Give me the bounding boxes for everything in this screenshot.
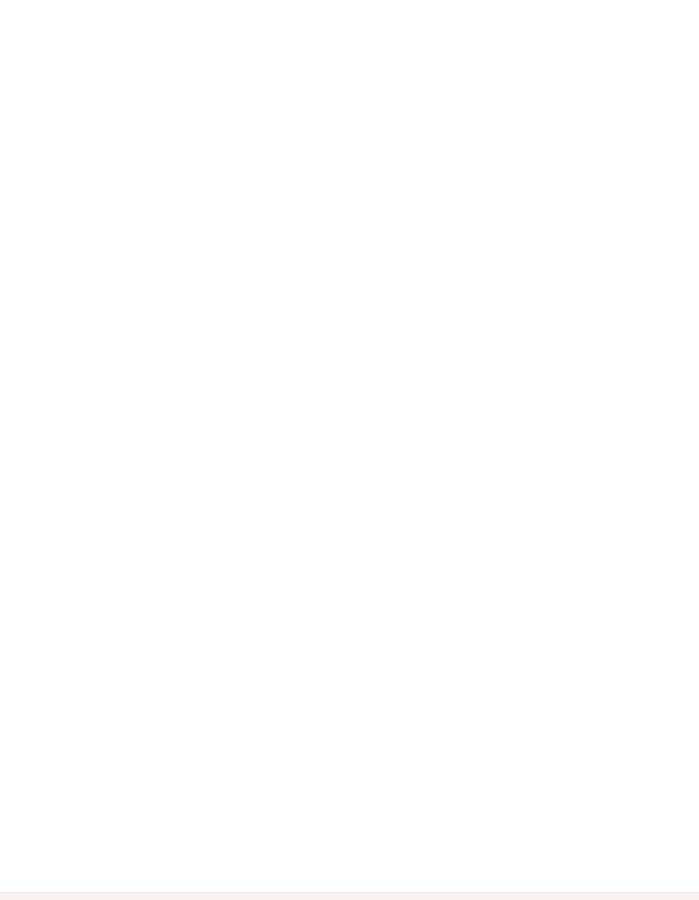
document-page (0, 0, 699, 900)
document-body (0, 0, 699, 8)
bottom-scan-edge (0, 892, 699, 900)
